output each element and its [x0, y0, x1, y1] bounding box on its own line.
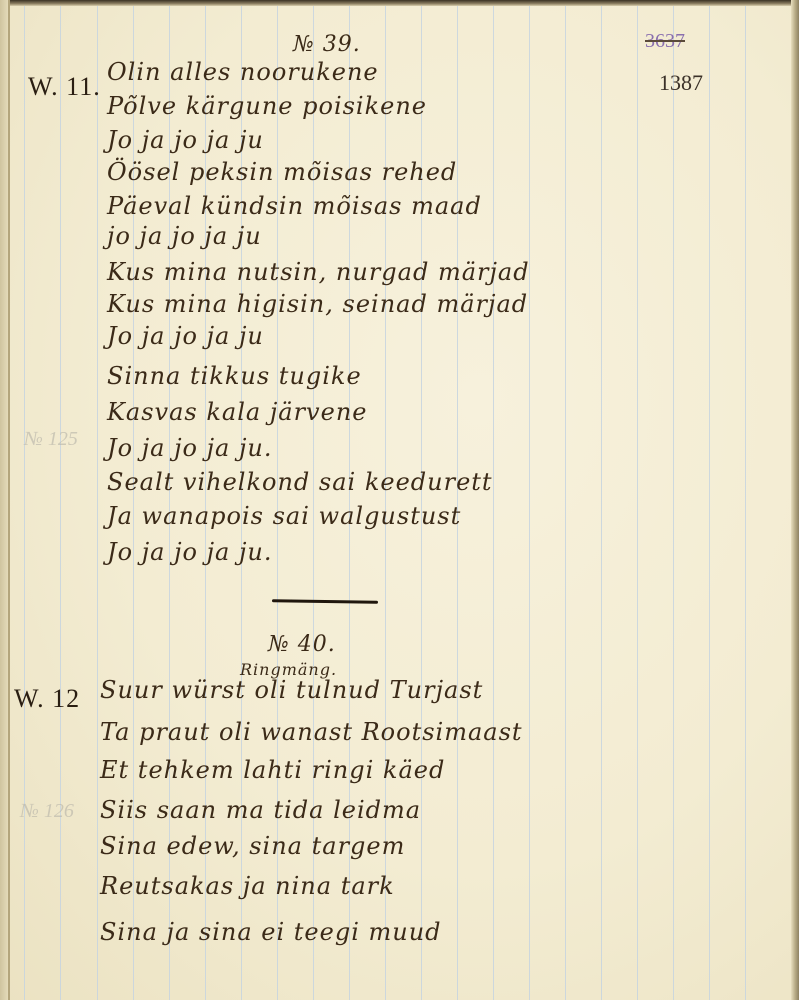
verse-line: Öösel peksin mõisas rehed	[107, 158, 457, 186]
pencil-annotation: № 126	[20, 800, 74, 823]
verse-line: Päeval kündsin mõisas maad	[107, 192, 482, 220]
verse-line: jo ja jo ja ju	[107, 222, 262, 250]
margin-label: W. 11.	[28, 72, 101, 102]
verse-line: Sina ja sina ei teegi muud	[100, 918, 442, 946]
verse-line: Põlve kärgune poisikene	[107, 92, 427, 120]
rule-line	[637, 6, 638, 1000]
verse-line: Kasvas kala järvene	[107, 398, 367, 426]
page-binding-fold	[8, 0, 10, 1000]
verse-line: Reutsakas ja nina tark	[100, 872, 395, 900]
verse-line: Jo ja jo ja ju.	[107, 538, 273, 566]
song-number: № 39.	[293, 32, 361, 57]
verse-line: Sina edew, sina targem	[100, 832, 405, 860]
archive-number: 1387	[659, 70, 703, 96]
rule-line	[673, 6, 674, 1000]
verse-line: Kus mina nutsin, nurgad märjad	[107, 258, 530, 286]
verse-line: Kus mina higisin, seinad märjad	[107, 290, 528, 318]
rule-line	[709, 6, 710, 1000]
rule-line	[529, 6, 530, 1000]
verse-line: Jo ja jo ja ju	[107, 322, 264, 350]
rule-line	[745, 6, 746, 1000]
rule-line	[601, 6, 602, 1000]
margin-label: W. 12	[14, 684, 80, 714]
rule-line	[565, 6, 566, 1000]
verse-line: Sealt vihelkond sai keedurett	[107, 468, 493, 496]
song-number: № 40.	[268, 632, 336, 657]
manuscript-page: 3637 1387 № 125 № 126 № 39. W. 11. Olin …	[0, 0, 799, 1000]
verse-line: Ja wanapois sai walgustust	[107, 502, 461, 530]
verse-line: Jo ja jo ja ju.	[107, 434, 273, 462]
page-top-edge	[0, 0, 799, 6]
rule-line	[60, 6, 61, 1000]
verse-line: Jo ja jo ja ju	[107, 126, 264, 154]
section-divider	[272, 599, 378, 603]
rule-line	[24, 6, 25, 1000]
verse-line: Olin alles noorukene	[107, 58, 379, 86]
rule-line	[97, 6, 98, 1000]
verse-line: Et tehkem lahti ringi käed	[100, 756, 445, 784]
archive-number-crossed-out: 3637	[645, 30, 685, 53]
page-right-edge	[791, 0, 799, 1000]
verse-line: Siis saan ma tida leidma	[100, 796, 421, 824]
rule-line	[493, 6, 494, 1000]
verse-line: Sinna tikkus tugike	[107, 362, 362, 390]
verse-line: Ta praut oli wanast Rootsimaast	[100, 718, 523, 746]
verse-line: Suur würst oli tulnud Turjast	[100, 676, 483, 704]
pencil-annotation: № 125	[24, 428, 78, 451]
